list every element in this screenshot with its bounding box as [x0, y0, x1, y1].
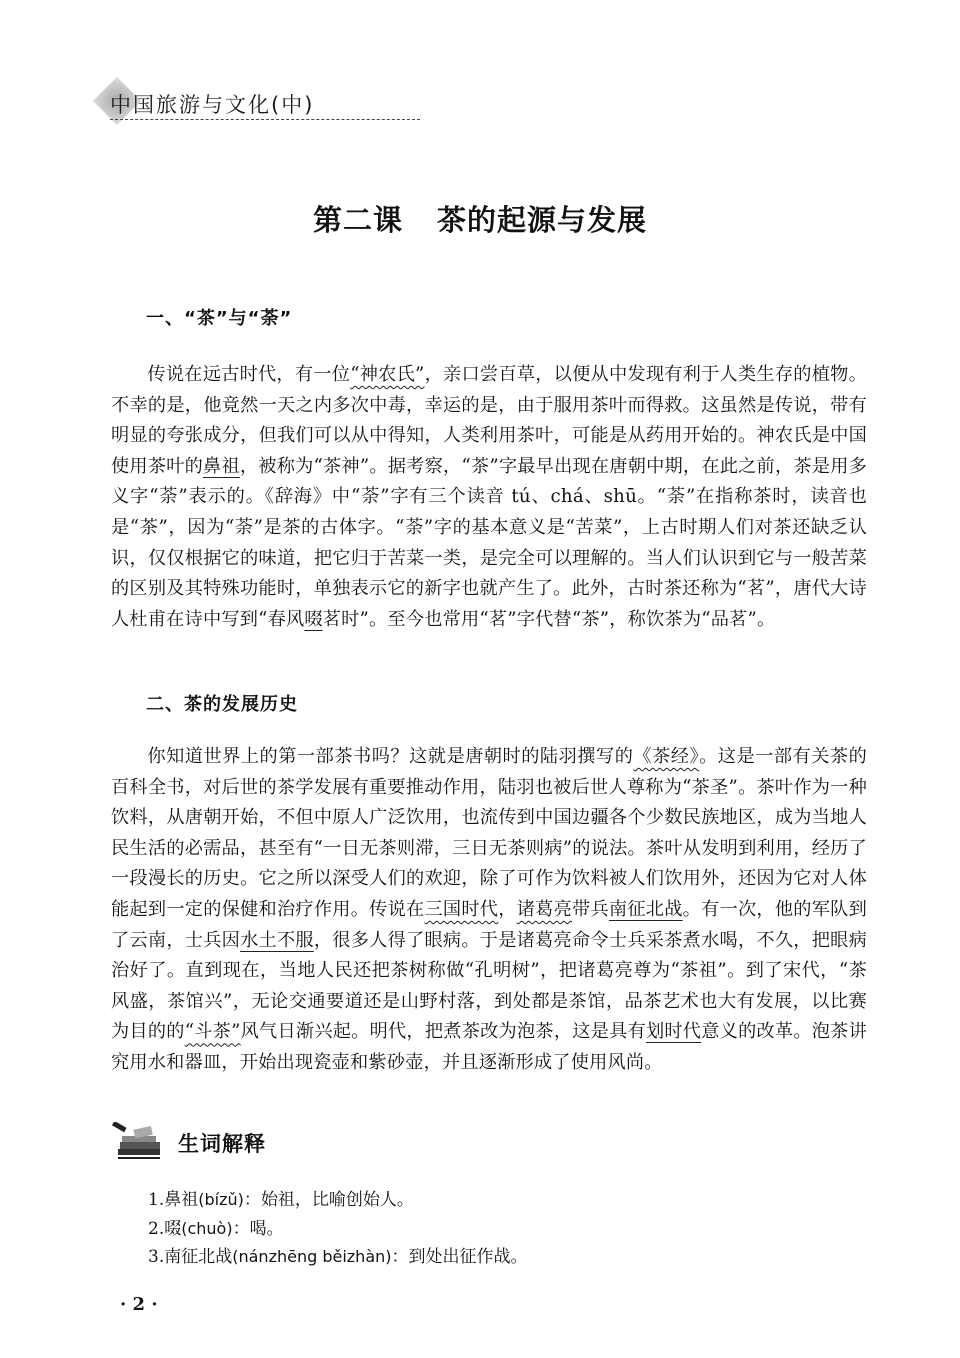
item-definition: ：喝。: [233, 1219, 284, 1239]
header-dashed-rule: [110, 119, 420, 120]
term-shennong: “神农氏”: [350, 364, 424, 385]
text-run: 风气日渐兴起。明代，把煮茶改为泡茶，这是具有: [241, 1021, 646, 1042]
lesson-name: 茶的起源与发展: [437, 203, 647, 237]
item-pinyin: (nánzhēng běizhàn): [232, 1247, 391, 1266]
section-heading-2: 二、茶的发展历史: [146, 690, 298, 716]
item-number: 2.: [148, 1219, 164, 1239]
item-term: 啜: [164, 1219, 181, 1239]
page-number: · 2 ·: [120, 1294, 158, 1315]
item-definition: ：到处出征作战。: [392, 1247, 528, 1267]
vocabulary-list: 1.鼻祖(bízǔ)：始祖，比喻创始人。 2.啜(chuò)：喝。 3.南征北战…: [148, 1186, 528, 1272]
term-chajing: 《茶经》: [633, 746, 699, 767]
vocabulary-header: 生词解释: [112, 1116, 312, 1166]
text-run: ，: [498, 899, 516, 920]
text-run: 茗时”。至今也常用“茗”字代替“茶”，称饮茶为“品茗”。: [323, 609, 776, 630]
text-run: 。这是一部有关茶的百科全书，对后世的茶学发展有重要推动作用，陆羽也被后世人尊称为…: [111, 746, 867, 920]
item-pinyin: (bízǔ): [198, 1190, 244, 1209]
text-run: 你知道世界上的第一部茶书吗？这就是唐朝时的陆羽撰写的: [147, 746, 633, 767]
text-run: 传说在远古时代，有一位: [147, 364, 350, 385]
item-number: 1.: [148, 1190, 164, 1210]
vocabulary-heading: 生词解释: [178, 1128, 266, 1158]
vocab-item: 2.啜(chuò)：喝。: [148, 1215, 528, 1244]
running-head: 中国旅游与文化(中): [92, 82, 332, 128]
text-run: 带兵: [572, 899, 609, 920]
section-1-paragraph: 传说在远古时代，有一位“神农氏”，亲口尝百草，以便从中发现有利于人类生存的植物。…: [111, 360, 867, 635]
item-pinyin: (chuò): [181, 1219, 232, 1238]
text-run: ，被称为“茶神”。据考察，“茶”字最早出现在唐朝中期，在此之前，茶是用多义字“荼…: [111, 456, 867, 630]
section-heading-1: 一、“茶”与“荼”: [146, 304, 292, 330]
item-number: 3.: [148, 1247, 164, 1267]
vocab-term-nanzheng: 南征北战: [609, 899, 683, 920]
term-huashidai: 划时代: [646, 1021, 701, 1042]
book-title: 中国旅游与文化(中): [110, 89, 314, 119]
item-term: 南征北战: [164, 1247, 232, 1267]
vocab-term-bizu: 鼻祖: [203, 456, 240, 477]
item-term: 鼻祖: [164, 1190, 198, 1210]
lesson-number: 第二课: [313, 203, 403, 237]
item-definition: ：始祖，比喻创始人。: [244, 1190, 414, 1210]
books-icon: [112, 1122, 164, 1162]
term-three-kingdoms: 三国时代: [424, 899, 498, 920]
term-shuitu-bufu: 水土不服: [240, 930, 314, 951]
vocab-item: 1.鼻祖(bízǔ)：始祖，比喻创始人。: [148, 1186, 528, 1215]
term-zhuge-liang: 诸葛亮: [517, 899, 572, 920]
lesson-title: 第二课茶的起源与发展: [0, 198, 960, 239]
vocab-term-chuo: 啜: [304, 609, 322, 630]
vocab-item: 3.南征北战(nánzhēng běizhàn)：到处出征作战。: [148, 1243, 528, 1272]
section-2-paragraph: 你知道世界上的第一部茶书吗？这就是唐朝时的陆羽撰写的《茶经》。这是一部有关茶的百…: [111, 742, 867, 1079]
term-doucha: “斗茶”: [185, 1021, 241, 1042]
